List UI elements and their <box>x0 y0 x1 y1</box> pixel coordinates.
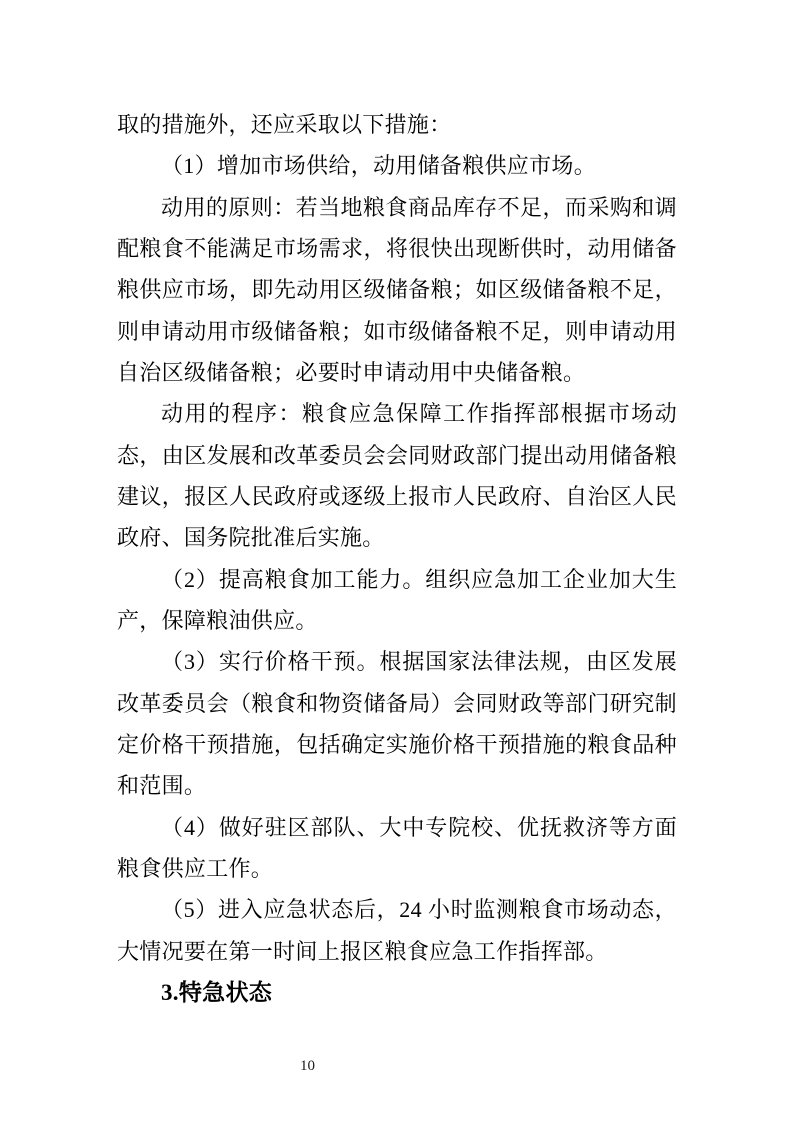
body-line: 态，由区发展和改革委员会会同财政部门提出动用储备粮 <box>117 435 677 476</box>
body-line: 粮供应市场，即先动用区级储备粮；如区级储备粮不足， <box>117 269 677 310</box>
body-line: （2）提高粮食加工能力。组织应急加工企业加大生 <box>117 559 677 600</box>
body-line: 取的措施外，还应采取以下措施： <box>117 104 677 145</box>
page-number: 10 <box>300 1056 340 1076</box>
body-line: 动用的原则：若当地粮食商品库存不足，而采购和调 <box>117 187 677 228</box>
body-line: 改革委员会（粮食和物资储备局）会同财政等部门研究制 <box>117 683 677 724</box>
body-line: （4）做好驻区部队、大中专院校、优抚救济等方面的 <box>117 807 677 848</box>
body-line: 则申请动用市级储备粮；如市级储备粮不足，则申请动用 <box>117 311 677 352</box>
body-line: 动用的程序：粮食应急保障工作指挥部根据市场动 <box>117 393 677 434</box>
body-line: 定价格干预措施，包括确定实施价格干预措施的粮食品种 <box>117 724 677 765</box>
body-line: （3）实行价格干预。根据国家法律法规，由区发展和 <box>117 641 677 682</box>
body-line: 建议，报区人民政府或逐级上报市人民政府、自治区人民 <box>117 476 677 517</box>
body-line: 大情况要在第一时间上报区粮食应急工作指挥部。 <box>117 931 677 972</box>
body-line: （1）增加市场供给，动用储备粮供应市场。 <box>117 145 677 186</box>
text-body: 取的措施外，还应采取以下措施： （1）增加市场供给，动用储备粮供应市场。 动用的… <box>117 104 677 1013</box>
document-page: 取的措施外，还应采取以下措施： （1）增加市场供给，动用储备粮供应市场。 动用的… <box>0 0 793 1122</box>
body-line: 自治区级储备粮；必要时申请动用中央储备粮。 <box>117 352 677 393</box>
body-line: 配粮食不能满足市场需求，将很快出现断供时，动用储备 <box>117 228 677 269</box>
body-line: 和范围。 <box>117 765 677 806</box>
section-heading: 3.特急状态 <box>117 972 677 1013</box>
body-line: 政府、国务院批准后实施。 <box>117 517 677 558</box>
body-line: 粮食供应工作。 <box>117 848 677 889</box>
body-line: （5）进入应急状态后，24 小时监测粮食市场动态，重 <box>117 889 677 930</box>
body-line: 产，保障粮油供应。 <box>117 600 677 641</box>
